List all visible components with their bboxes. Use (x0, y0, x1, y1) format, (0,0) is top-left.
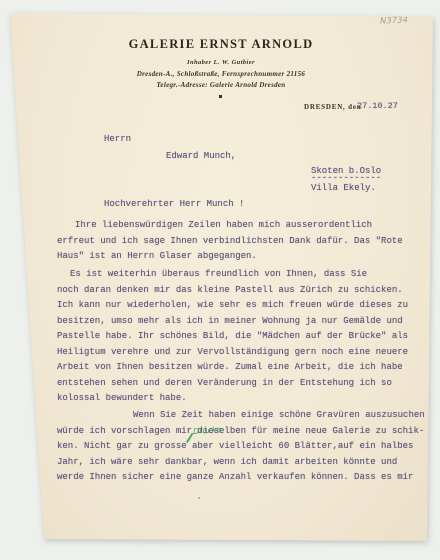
typed-line: Haus" ist an Herrn Glaser abgegangen. (57, 249, 403, 265)
typed-line: Jahr, ich wäre sehr dankbar, wenn ich da… (57, 455, 425, 471)
photograph-of-letter: N3734 GALERIE ERNST ARNOLD Inhaber L. W.… (0, 0, 440, 560)
pencil-inventory-number: N3734 (380, 15, 408, 26)
recipient-herrn: Herrn (104, 134, 131, 144)
dateline-typed-date: 27.10.27 (357, 101, 398, 111)
dateline-printed: DRESDEN, den (304, 103, 361, 111)
typed-line: Arbeit von Ihnen besitzen würde. Zumal e… (57, 360, 408, 376)
stray-ink-dot (198, 497, 200, 499)
salutation: Hochverehrter Herr Munch ! (104, 199, 244, 209)
typed-line: Ihre liebenswürdigen Zeilen haben mich a… (57, 218, 403, 234)
typed-line: würde ich vorschlagen mir dieselben für … (57, 424, 425, 440)
typed-line: Es ist weiterhin überaus freundlich von … (57, 267, 408, 283)
typed-line: Ich kann nur wiederholen, wie sehr es mi… (57, 298, 408, 314)
recipient-place-underline: ------------- (311, 173, 381, 183)
typed-line: Heiligtum verehre und zur Vervollständig… (57, 345, 408, 361)
letterhead-address-line: Dresden-A., Schloßstraße, Fernsprechnumm… (61, 70, 381, 78)
typed-line: ken. Nicht gar zu grosse aber vielleicht… (57, 439, 425, 455)
paragraph-2: Es ist weiterhin überaus freundlich von … (57, 267, 408, 407)
letterhead-owner-line: Inhaber L. W. Gutbier (61, 59, 381, 66)
letterhead-ornament-icon (219, 95, 222, 98)
typed-line: Pastelle habe. Ihr schönes Bild, die "Mä… (57, 329, 408, 345)
gallery-name: GALERIE ERNST ARNOLD (61, 37, 381, 52)
typed-line: werde Ihnen sicher eine ganze Anzahl ver… (57, 470, 425, 486)
paragraph-1: Ihre liebenswürdigen Zeilen haben mich a… (57, 218, 403, 265)
typed-line: noch daran denken mir das kleine Pastell… (57, 283, 408, 299)
typed-line: kolossal bewundert habe. (57, 391, 408, 407)
paper-shadow: N3734 GALERIE ERNST ARNOLD Inhaber L. W.… (0, 0, 440, 560)
typed-line: erfreut und ich sage Ihnen verbindlichst… (57, 234, 403, 250)
recipient-name: Edward Munch, (166, 151, 236, 161)
recipient-villa: Villa Ekely. (311, 183, 376, 193)
letter-paper: N3734 GALERIE ERNST ARNOLD Inhaber L. W.… (0, 0, 440, 560)
letterhead-telegram-line: Telegr.-Adresse: Galerie Arnold Dresden (61, 81, 381, 89)
typed-line: Wenn Sie Zeit haben einige schöne Gravür… (57, 408, 425, 424)
paragraph-3: Wenn Sie Zeit haben einige schöne Gravür… (57, 408, 425, 486)
typed-line: entstehen sehen und deren Veränderung in… (57, 376, 408, 392)
typed-line: besitzen, umso mehr als ich in meiner Wo… (57, 314, 408, 330)
